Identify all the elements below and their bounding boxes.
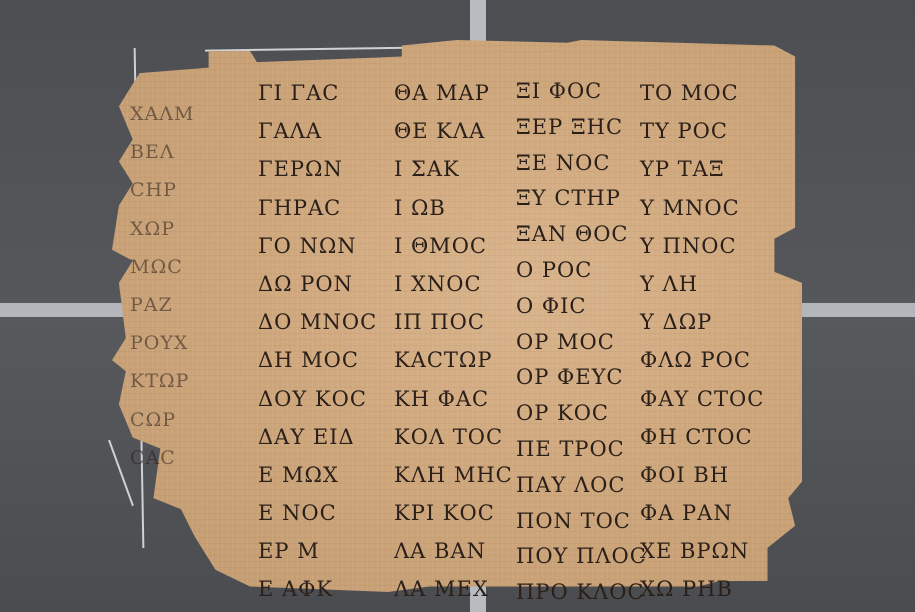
column-line: ΞΕ ΝΟϹ [516,146,647,182]
column-line: ΓΑΛΑ [258,112,377,150]
column-line: ΠΟΝ ΤΟϹ [516,504,647,540]
column-line: ΧΕ ΒΡΩΝ [640,532,764,570]
column-line: ΔΗ ΜΟϹ [258,341,377,379]
column-line: Ε ΑΦΚ [258,570,377,608]
column-line: ΧΩΡ [130,210,194,248]
column-line: ΠΟΥ ΠΛΟϹ [516,539,647,575]
column-line: ΦΟΙ ΒΗ [640,456,764,494]
column-line: Υ ΔΩΡ [640,303,764,341]
column-line: ΒΕΛ [130,133,194,171]
column-line: ϹΗΡ [130,171,194,209]
column-line: ΕΡ Μ [258,532,377,570]
column-line: Υ ΛΗ [640,265,764,303]
column-line: ΓΙ ΓΑϹ [258,74,377,112]
column-line: ϹΩΡ [130,401,194,439]
column-line: Ι ΩΒ [394,189,513,227]
column-line: ΚΑϹΤΩΡ [394,341,513,379]
column-line: ϹΑϹ [130,439,194,477]
column-line: ΞΥ ϹΤΗΡ [516,181,647,217]
text-column-1: ΧΑΛΜ ΒΕΛ ϹΗΡ ΧΩΡ ΜΩϹ ΡΑΖ ΡΟΥΧ ΚΤΩΡ ϹΩΡ Ϲ… [130,95,194,477]
column-line: ΥΡ ΤΑΞ [640,150,764,188]
column-line: ΞΑΝ ΘΟϹ [516,217,647,253]
column-line: ΓΕΡΩΝ [258,150,377,188]
column-line: Ο ΦΙϹ [516,289,647,325]
column-line: ΧΑΛΜ [130,95,194,133]
column-line: ΦΑ ΡΑΝ [640,494,764,532]
column-line: ΚΗ ΦΑϹ [394,380,513,418]
text-column-2: ΓΙ ΓΑϹ ΓΑΛΑ ΓΕΡΩΝ ΓΗΡΑϹ ΓΟ ΝΩΝ ΔΩ ΡΟΝ ΔΟ… [258,74,377,609]
column-line: ΟΡ ΦΕΥϹ [516,360,647,396]
column-line: Ι ΧΝΟϹ [394,265,513,303]
column-line: Ο ΡΟϹ [516,253,647,289]
column-line: ΞΙ ΦΟϹ [516,74,647,110]
column-line: ΡΑΖ [130,286,194,324]
column-line: ΚΡΙ ΚΟϹ [394,494,513,532]
column-line: ΚΤΩΡ [130,362,194,400]
column-line: ΦΗ ϹΤΟϹ [640,418,764,456]
column-line: ΚΟΛ ΤΟϹ [394,418,513,456]
column-line: ΓΟ ΝΩΝ [258,227,377,265]
column-line: ΡΟΥΧ [130,324,194,362]
column-line: ΤΥ ΡΟϹ [640,112,764,150]
column-line: ΘΑ ΜΑΡ [394,74,513,112]
column-line: ΔΩ ΡΟΝ [258,265,377,303]
column-line: Ι ΣΑΚ [394,150,513,188]
column-line: ΛΑ ΜΕΧ [394,570,513,608]
column-line: ΞΕΡ ΞΗϹ [516,110,647,146]
text-column-5: ΤΟ ΜΟϹ ΤΥ ΡΟϹ ΥΡ ΤΑΞ Υ ΜΝΟϹ Υ ΠΝΟϹ Υ ΛΗ … [640,74,764,609]
column-line: ΚΛΗ ΜΗϹ [394,456,513,494]
column-line: ΟΡ ΚΟϹ [516,396,647,432]
column-line: Ε ΜΩΧ [258,456,377,494]
column-line: ΠΑΥ ΛΟϹ [516,468,647,504]
column-line: Υ ΜΝΟϹ [640,189,764,227]
column-line: ΔΟ ΜΝΟϹ [258,303,377,341]
column-line: ΠΡΟ ΚΛΟϹ [516,575,647,611]
column-line: ΧΩ ΡΗΒ [640,570,764,608]
column-line: ΔΑΥ ΕΙΔ [258,418,377,456]
column-line: ΟΡ ΜΟϹ [516,325,647,361]
column-line: ΜΩϹ [130,248,194,286]
column-line: Ι ΘΜΟϹ [394,227,513,265]
text-column-4: ΞΙ ΦΟϹ ΞΕΡ ΞΗϹ ΞΕ ΝΟϹ ΞΥ ϹΤΗΡ ΞΑΝ ΘΟϹ Ο … [516,74,647,611]
column-line: Υ ΠΝΟϹ [640,227,764,265]
column-line: ΤΟ ΜΟϹ [640,74,764,112]
column-line: ΔΟΥ ΚΟϹ [258,380,377,418]
column-line: Ε ΝΟϹ [258,494,377,532]
column-line: ΛΑ ΒΑΝ [394,532,513,570]
column-line: ΦΛΩ ΡΟϹ [640,341,764,379]
column-line: ΦΑΥ ϹΤΟϹ [640,380,764,418]
column-line: ΙΠ ΠΟϹ [394,303,513,341]
column-line: ΠΕ ΤΡΟϹ [516,432,647,468]
column-line: ΓΗΡΑϹ [258,189,377,227]
text-column-3: ΘΑ ΜΑΡ ΘΕ ΚΛΑ Ι ΣΑΚ Ι ΩΒ Ι ΘΜΟϹ Ι ΧΝΟϹ Ι… [394,74,513,609]
column-line: ΘΕ ΚΛΑ [394,112,513,150]
